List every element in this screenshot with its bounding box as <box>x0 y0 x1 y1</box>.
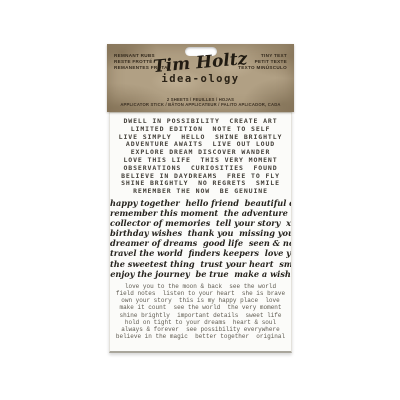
script-line: enjoy the journey be true make a wish <box>110 269 291 279</box>
script-line: the sweetest thing trust your heart smil… <box>110 259 291 269</box>
script-line: collector of memories tell your story xo… <box>110 218 291 228</box>
typewriter-line: always & forever see possibility everywh… <box>110 326 291 333</box>
kraft-header: REMNANT RUBS RESTE FROTTÉ REMANENTES FRO… <box>107 44 294 112</box>
transfer-sheet: DWELL IN POSSIBILITY CREATE ART LIMITED … <box>109 112 292 353</box>
caps-section: DWELL IN POSSIBILITY CREATE ART LIMITED … <box>110 118 291 196</box>
package: REMNANT RUBS RESTE FROTTÉ REMANENTES FRO… <box>107 44 294 353</box>
typewriter-line: field notes listen to your heart she is … <box>110 290 291 297</box>
script-line: happy together hello friend beautiful da… <box>110 198 291 208</box>
brand-logo: idea-ology <box>107 74 294 85</box>
typewriter-section: love you to the moon & back see the worl… <box>110 283 291 341</box>
script-section: happy together hello friend beautiful da… <box>110 198 291 279</box>
package-details-line-2: APPLICATOR STICK / BÂTON APPLICATEUR / P… <box>107 102 294 107</box>
typewriter-line: hold on tight to your dreams heart & sou… <box>110 319 291 326</box>
typewriter-line: make it count see the world the very mom… <box>110 304 291 311</box>
script-line: travel the world finders keepers love yo… <box>110 248 291 258</box>
package-details: 2 SHEETS / FEUILLES / HOJAS APPLICATOR S… <box>107 97 294 107</box>
typewriter-line: shine brightly important details sweet l… <box>110 312 291 319</box>
typewriter-line: own your story this is my happy place lo… <box>110 297 291 304</box>
typewriter-line: love you to the moon & back see the worl… <box>110 283 291 290</box>
script-line: birthday wishes thank you missing you <box>110 228 291 238</box>
script-line: dreamer of dreams good life seen & noted <box>110 238 291 248</box>
script-line: remember this moment the adventure begin… <box>110 208 291 218</box>
caps-line: REMEMBER THE NOW BE GENUINE <box>110 188 291 196</box>
product-photo: REMNANT RUBS RESTE FROTTÉ REMANENTES FRO… <box>0 0 400 400</box>
brand-block: Tim Holtz idea-ology <box>107 54 294 85</box>
typewriter-line: believe in the magic better together ori… <box>110 333 291 340</box>
